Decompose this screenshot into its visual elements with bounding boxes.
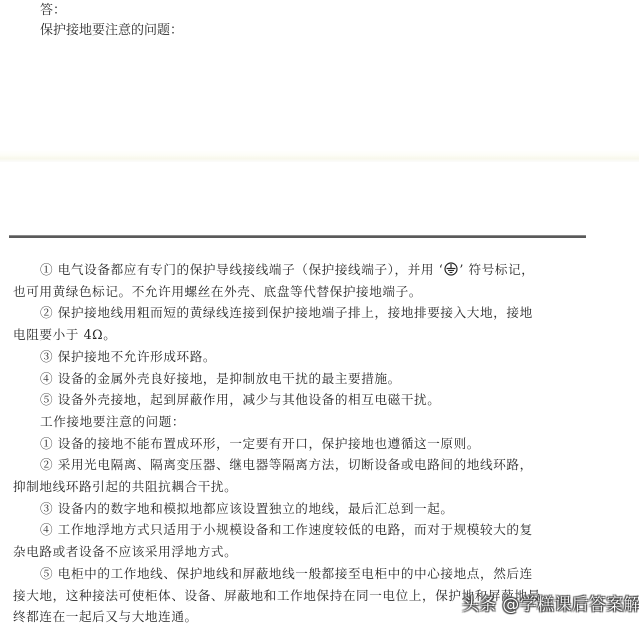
protective-earth-icon [444,262,458,276]
text-line: 终都连在一起后又与大地连通。 [13,607,198,626]
top-page-fragment: 答： 保护接地要注意的问题： [0,0,639,158]
text-line: 电阻要小于 4Ω。 [13,325,116,345]
text-line: ② 采用光电隔离、隔离变压器、继电器等隔离方法，切断设备或电路间的地线环路， [40,455,533,475]
watermark: 头条 @学糕课后答案解析 [462,590,639,615]
text-line: ④ 设备的金属外壳良好接地，是抑制放电干扰的最主要措施。 [40,369,401,389]
text-line: 抑制地线环路引起的共阻抗耦合干扰。 [13,477,237,497]
text-line: 杂电路或者设备不应该采用浮地方式。 [13,542,237,562]
page-seam [0,150,639,162]
working-grounding-heading: 工作接地要注意的问题： [40,412,185,432]
text-line: ① 电气设备都应有专门的保护导线接线端子（保护接线端子），并用 ‘’ 符号标记， [40,260,535,280]
text-line: ⑤ 设备外壳接地，起到屏蔽作用，减少与其他设备的相互电磁干扰。 [40,390,440,410]
text-line: 也可用黄绿色标记。不允许用螺丝在外壳、底盘等代替保护接地端子。 [13,282,422,302]
text-line: ① 设备的接地不能布置成环形，一定要有开口，保护接地也遵循这一原则。 [40,434,480,454]
text-line: ④ 工作地浮地方式只适用于小规模设备和工作速度较低的电路，而对于规模较大的复 [40,520,533,540]
text-line: ③ 保护接地不允许形成环路。 [40,347,216,367]
text-segment: ’ 符号标记， [459,262,534,277]
protective-grounding-heading: 保护接地要注意的问题： [40,23,183,39]
horizontal-rule [9,235,586,238]
answer-label: 答： [40,3,66,19]
text-segment: ① 电气设备都应有专门的保护导线接线端子（保护接线端子），并用 ‘ [40,262,443,277]
text-line: ⑤ 电柜中的工作地线、保护地线和屏蔽地线一般都接至电柜中的中心接地点，然后连 [40,564,533,584]
text-line: ② 保护接地线用粗而短的黄绿线连接到保护接地端子排上，接地排要接入大地，接地 [40,303,533,323]
text-line: ③ 设备内的数字地和模拟地都应该设置独立的地线，最后汇总到一起。 [40,499,454,519]
